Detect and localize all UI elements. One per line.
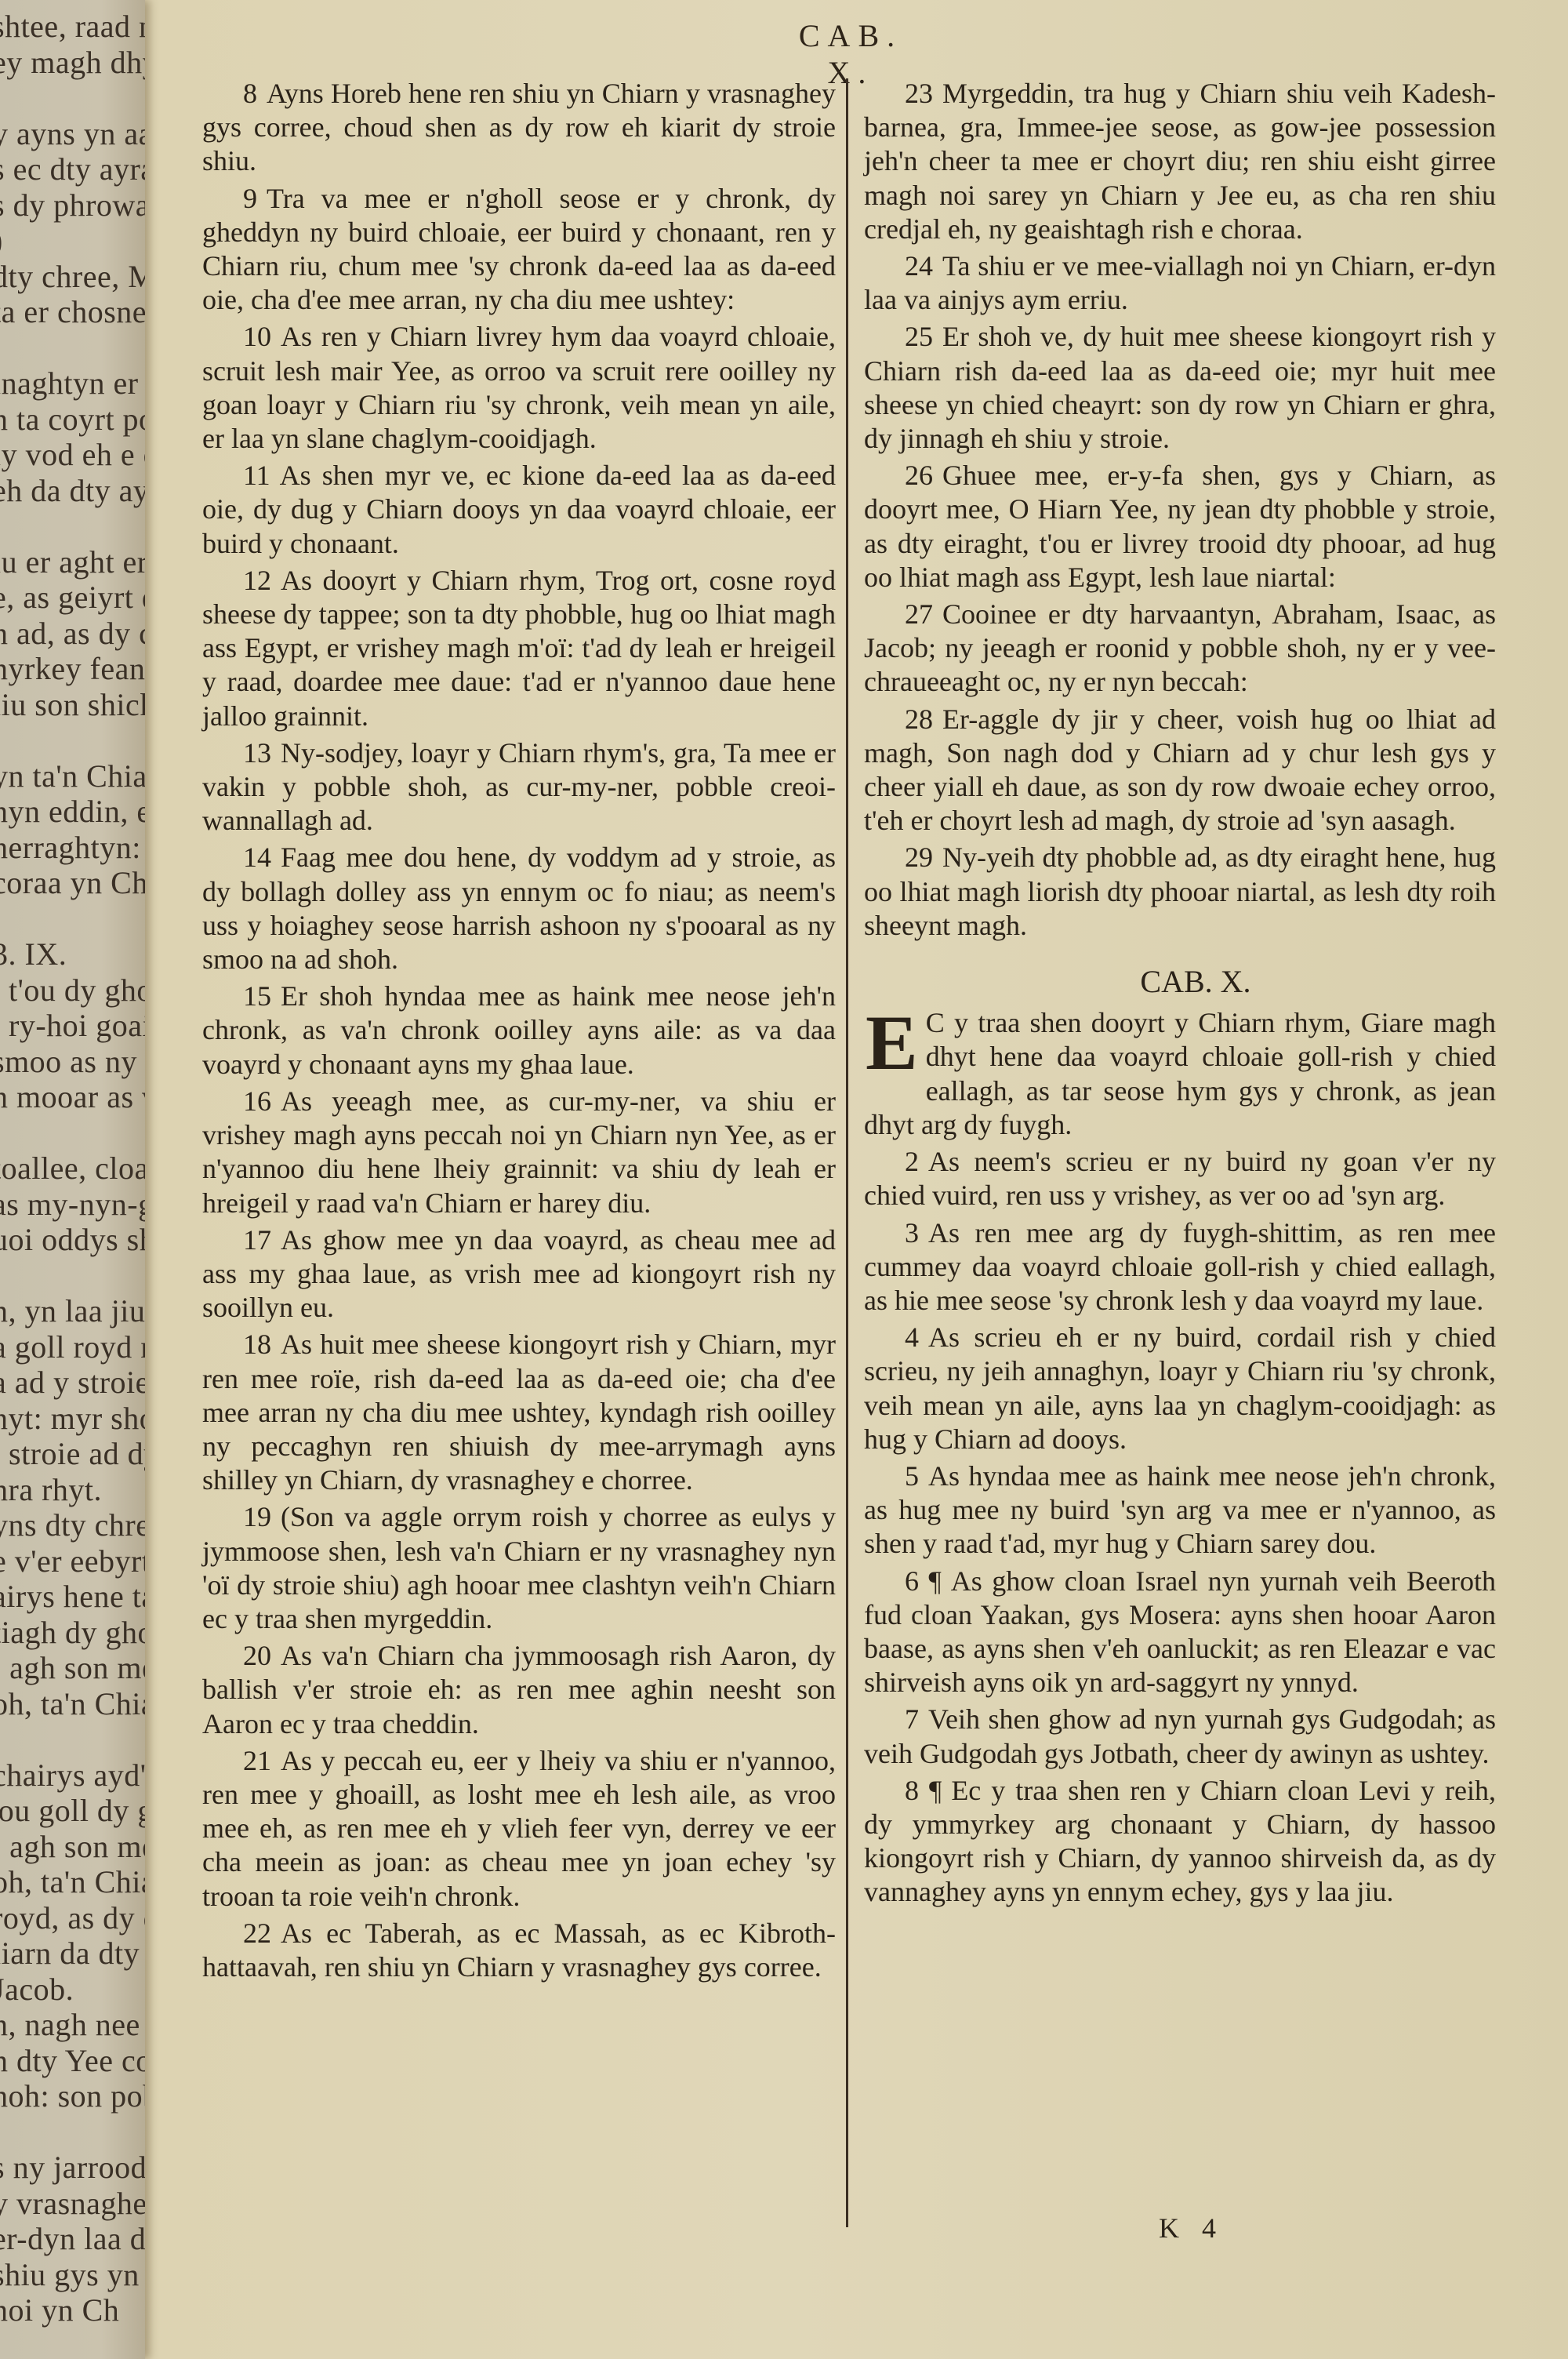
facing-page-line: e v'er eebyrt ad [0, 1543, 145, 1579]
facing-page-line: : agh son mee-ch [0, 1828, 145, 1865]
verse-number: 8 ¶ [905, 1775, 942, 1806]
verse-text: As shen myr ve, ec kione da-eed laa as d… [202, 460, 836, 558]
verse: 21As y peccah eu, eer y lheiy va shiu er… [202, 1744, 836, 1914]
facing-page-line: uoi oddys shassoo [0, 1221, 145, 1258]
verse-text: (Son va aggle orrym roish y chorree as e… [202, 1501, 836, 1634]
verse-number: 24 [905, 250, 933, 282]
verse: 3As ren mee arg dy fuygh-shittim, as ren… [864, 1216, 1496, 1318]
verse-text: As yeeagh mee, as cur-my-ner, va shiu er… [202, 1085, 836, 1219]
verse-number: 21 [243, 1745, 271, 1776]
facing-page-line: shtee, raad nagh [0, 8, 145, 45]
verse-text: Cooinee er dty harvaantyn, Abraham, Isaa… [864, 598, 1496, 697]
facing-page-line: e, as geiyrt da je [0, 579, 145, 616]
verse-number: 2 [905, 1146, 919, 1177]
verse: 8Ayns Horeb hene ren shiu yn Chiarn y vr… [202, 77, 836, 179]
facing-page-line: , t'ou dy gholl [0, 972, 145, 1009]
facing-page-line: n, yn laa jiu, dy [0, 1292, 145, 1329]
book-page: shtee, raad naghey magh dhyt ay ayns yn … [0, 0, 1568, 2359]
verse-number: 25 [905, 321, 933, 352]
verse: 27Cooinee er dty harvaantyn, Abraham, Is… [864, 598, 1496, 700]
verse: 10As ren y Chiarn livrey hym daa voayrd … [202, 320, 836, 456]
verse: 19(Son va aggle orrym roish y chorree as… [202, 1500, 836, 1636]
verse-text: Ny-sodjey, loayr y Chiarn rhym's, gra, T… [202, 737, 836, 836]
verse-text: Ayns Horeb hene ren shiu yn Chiarn y vra… [202, 78, 836, 176]
verse-text: Ec y traa shen ren y Chiarn cloan Levi y… [864, 1775, 1496, 1908]
column-rule [846, 78, 848, 2227]
facing-page-line: as my-nyn-gion [0, 1186, 145, 1223]
facing-page-line: , ry-hoi goaill p [0, 1007, 145, 1044]
left-column: 8Ayns Horeb hene ren shiu yn Chiarn y vr… [202, 77, 836, 1987]
verse: 7Veih shen ghow ad nyn yurnah gys Gudgod… [864, 1703, 1496, 1770]
verse-text: As ren y Chiarn livrey hym daa voayrd ch… [202, 321, 836, 454]
verse-number: 18 [243, 1329, 271, 1360]
facing-page-line: a goll royd myr [0, 1329, 145, 1365]
facing-page-line: s dy phrowal oo, [0, 187, 145, 224]
verse-text: As scrieu eh er ny buird, cordail rish y… [864, 1321, 1496, 1455]
facing-page-line: dty chree, My ph [0, 258, 145, 295]
verse: 22As ec Taberah, as ec Massah, as ec Kib… [202, 1917, 836, 1984]
drop-cap: E [866, 1011, 918, 1075]
verse-text: Tra va mee er n'gholl seose er y chronk,… [202, 183, 836, 316]
verse-text: As y peccah eu, eer y lheiy va shiu er n… [202, 1745, 836, 1912]
verse: 28Er-aggle dy jir y cheer, voish hug oo … [864, 703, 1496, 838]
facing-page-line: chairys ayd's, n [0, 1757, 145, 1794]
facing-page-line: er-dyn laa daag oo [0, 2220, 145, 2257]
facing-page-line: n dty Yee coyrt [0, 2042, 145, 2079]
facing-page-line: n ad, as dy chur o [0, 615, 145, 652]
verse-text: As ec Taberah, as ec Massah, as ec Kibro… [202, 1917, 836, 1983]
verse: 24Ta shiu er ve mee-viallagh noi yn Chia… [864, 249, 1496, 317]
verse-number: 3 [905, 1217, 919, 1249]
facing-page-line: noi yn Ch [0, 2292, 119, 2328]
verse: 5As hyndaa mee as haink mee neose jeh'n … [864, 1459, 1496, 1561]
verse: 20As va'n Chiarn cha jymmoosagh rish Aar… [202, 1639, 836, 1741]
facing-page-line: inaghtyn er y Ch [0, 365, 145, 402]
verse-text: As ghow mee yn daa voayrd, as cheau mee … [202, 1224, 836, 1323]
verse-number: 23 [905, 78, 933, 109]
verse-text: Faag mee dou hene, dy voddym ad y stroie… [202, 841, 836, 975]
facing-page-line: n, nagh nee son y [0, 2006, 145, 2043]
facing-page-line: airys hene ta'n C [0, 1578, 145, 1615]
facing-page-line: herraghtyn: ma [0, 829, 145, 866]
verse-text: As ghow cloan Israel nyn yurnah veih Bee… [864, 1565, 1496, 1699]
verse-number: 11 [243, 460, 270, 491]
signature-mark: K 4 [1159, 2212, 1224, 2245]
facing-page-line: y ayns yn aasagh [0, 115, 145, 152]
verse-number: 10 [243, 321, 271, 352]
facing-page-line: Jacob. [0, 1971, 74, 2008]
verse-number: 20 [243, 1640, 271, 1671]
verse-number: 13 [243, 737, 271, 769]
facing-page-line: oh, ta'n Chiarn d [0, 1863, 145, 1900]
facing-page-line: s ny jarrood, kys [0, 2149, 145, 2186]
verse-number: 8 [243, 78, 257, 109]
facing-page-line: y vrasnaghey gy [0, 2185, 145, 2222]
verse-text: Er shoh hyndaa mee as haink mee neose je… [202, 980, 836, 1079]
facing-page-line: : agh son mee-ch [0, 1649, 145, 1686]
facing-page-line: 3. IX. [0, 936, 67, 972]
verse-number: 26 [905, 460, 933, 491]
verse: 14Faag mee dou hene, dy voddym ad y stro… [202, 841, 836, 976]
chapter-opening-verse: EC y traa shen dooyrt y Chiarn rhym, Gia… [864, 1006, 1496, 1142]
facing-page-line: toallee, cloan n [0, 1150, 145, 1187]
verse-number: 22 [243, 1917, 271, 1949]
facing-page-line: iiarn da dty ayra [0, 1935, 145, 1972]
verse-text: Ta shiu er ve mee-viallagh noi yn Chiarn… [864, 250, 1496, 315]
facing-page-edge: shtee, raad naghey magh dhyt ay ayns yn … [0, 0, 145, 2359]
verse: 25Er shoh ve, dy huit mee sheese kiongoy… [864, 320, 1496, 456]
facing-page-line: ) [0, 222, 3, 259]
verse-number: 27 [905, 598, 933, 630]
verse: 15Er shoh hyndaa mee as haink mee neose … [202, 980, 836, 1081]
verse-text: Ghuee mee, er-y-fa shen, gys y Chiarn, a… [864, 460, 1496, 593]
verse-number: 28 [905, 703, 933, 735]
verse: 16As yeeagh mee, as cur-my-ner, va shiu … [202, 1085, 836, 1220]
facing-page-line: tiagh dy ghoaill [0, 1614, 145, 1651]
verse-text: Er shoh ve, dy huit mee sheese kiongoyrt… [864, 321, 1496, 454]
chapter-opening-text: C y traa shen dooyrt y Chiarn rhym, Giar… [864, 1007, 1496, 1140]
verses-chapter-9-end: 23Myrgeddin, tra hug y Chiarn shiu veih … [864, 77, 1496, 943]
facing-page-line: iu er aght erbee [0, 543, 145, 580]
verse-text: Ny-yeih dty phobble ad, as dty eiraght h… [864, 841, 1496, 940]
verse-number: 7 [905, 1703, 919, 1735]
verse-text: Myrgeddin, tra hug y Chiarn shiu veih Ka… [864, 78, 1496, 245]
facing-page-line: coraa yn Chiarn [0, 864, 145, 901]
facing-page-line: shiu gys yn ynnyd [0, 2256, 145, 2293]
facing-page-line: n mooar as voa [0, 1078, 145, 1115]
facing-page-line: n ta coyrt pooar [0, 401, 145, 438]
verse: 18As huit mee sheese kiongoyrt rish y Ch… [202, 1328, 836, 1497]
verse-number: 12 [243, 565, 271, 596]
verse-number: 17 [243, 1224, 271, 1256]
verse: 11As shen myr ve, ec kione da-eed laa as… [202, 459, 836, 561]
verse-text: Er-aggle dy jir y cheer, voish hug oo lh… [864, 703, 1496, 837]
verse: 26Ghuee mee, er-y-fa shen, gys y Chiarn,… [864, 459, 1496, 594]
facing-page-line: iiu son shickyrys [0, 686, 145, 723]
facing-page-line: hra rhyt. [0, 1471, 102, 1508]
verse-number: 19 [243, 1501, 271, 1532]
verse: 9Tra va mee er n'gholl seose er y chronk… [202, 182, 836, 318]
facing-page-line: hoh: son pobble [0, 2077, 145, 2114]
verse-text: As hyndaa mee as haink mee neose jeh'n c… [864, 1460, 1496, 1559]
facing-page-line: nyt: myr shoh ne [0, 1400, 145, 1437]
facing-page-line: . stroie ad dy bo [0, 1435, 145, 1472]
verse-text: As va'n Chiarn cha jymmoosagh rish Aaron… [202, 1640, 836, 1739]
facing-page-line: royd, as dy chooi [0, 1899, 145, 1936]
verse: 6 ¶As ghow cloan Israel nyn yurnah veih … [864, 1565, 1496, 1700]
verse-text: Veih shen ghow ad nyn yurnah gys Gudgoda… [864, 1703, 1496, 1768]
verse: 4As scrieu eh er ny buird, cordail rish … [864, 1321, 1496, 1456]
facing-page-line: ta er chosney's [0, 293, 145, 330]
facing-page-line: smoo as ny s'p [0, 1043, 145, 1080]
facing-page-line: yn ta'n Chiarn [0, 758, 145, 794]
chapter-heading: CAB. X. [864, 965, 1496, 998]
verse-number: 29 [905, 841, 933, 873]
facing-page-line: oh, ta'n Chiarn e [0, 1685, 145, 1722]
verse-number: 9 [243, 183, 257, 214]
verse-number: 15 [243, 980, 271, 1012]
verse-text: As dooyrt y Chiarn rhym, Trog ort, cosne… [202, 565, 836, 732]
facing-page-line: s ec dty ayraghyn [0, 151, 145, 187]
facing-page-line: yns dty chree, e [0, 1507, 145, 1543]
facing-page-line: ly vod eh e chon [0, 436, 145, 473]
verse-number: 14 [243, 841, 271, 873]
verses-chapter-10: 2As neem's scrieu er ny buird ny goan v'… [864, 1145, 1496, 1909]
facing-page-line: 'ou goll dy ghoa [0, 1792, 145, 1829]
verse-text: As ren mee arg dy fuygh-shittim, as ren … [864, 1217, 1496, 1316]
right-column: 23Myrgeddin, tra hug y Chiarn shiu veih … [864, 77, 1496, 1913]
verse-number: 4 [905, 1321, 919, 1353]
verse-number: 5 [905, 1460, 919, 1492]
verse-number: 6 ¶ [905, 1565, 942, 1597]
verse: 2As neem's scrieu er ny buird ny goan v'… [864, 1145, 1496, 1212]
verse-text: As huit mee sheese kiongoyrt rish y Chia… [202, 1329, 836, 1496]
facing-page-line: nyn eddin, er y [0, 793, 145, 830]
verse: 17As ghow mee yn daa voayrd, as cheau me… [202, 1223, 836, 1325]
verse: 8 ¶Ec y traa shen ren y Chiarn cloan Lev… [864, 1774, 1496, 1910]
verse: 12As dooyrt y Chiarn rhym, Trog ort, cos… [202, 564, 836, 733]
verse: 29Ny-yeih dty phobble ad, as dty eiraght… [864, 841, 1496, 943]
facing-page-line: ey magh dhyt a [0, 44, 145, 81]
facing-page-line: a ad y stroie, a [0, 1364, 145, 1401]
facing-page-line: eh da dty ayra [0, 472, 145, 509]
verse: 13Ny-sodjey, loayr y Chiarn rhym's, gra,… [202, 736, 836, 838]
verse: 23Myrgeddin, tra hug y Chiarn shiu veih … [864, 77, 1496, 246]
verse-number: 16 [243, 1085, 271, 1117]
verse-text: As neem's scrieu er ny buird ny goan v'e… [864, 1146, 1496, 1211]
facing-page-line: nyrkey feanish m [0, 650, 145, 687]
